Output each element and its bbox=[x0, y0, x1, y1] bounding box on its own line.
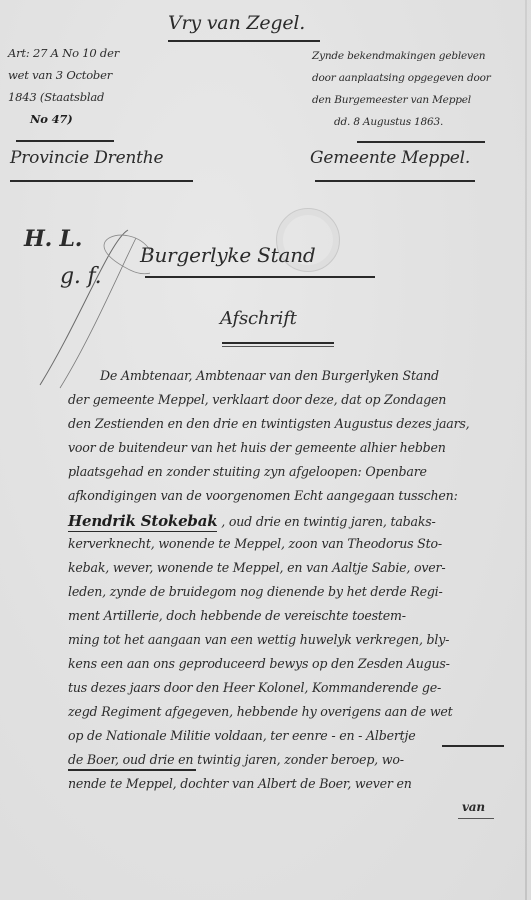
body-line: plaatsgehad en zonder stuiting zyn afgel… bbox=[68, 464, 427, 479]
groom-name: Hendrik Stokebak bbox=[68, 512, 217, 532]
body-line: leden, zynde de bruidegom nog dienende b… bbox=[68, 584, 443, 599]
document-title: Vry van Zegel. bbox=[168, 12, 305, 34]
body-line: zegd Regiment afgegeven, hebbende hy ove… bbox=[68, 704, 453, 719]
province-underline bbox=[10, 180, 193, 182]
bride-name-underline-part1 bbox=[442, 745, 504, 747]
law-reference-line-4: No 47) bbox=[30, 112, 72, 126]
body-line-groom: Hendrik Stokebak , oud drie en twintig j… bbox=[68, 512, 436, 530]
notice-line-3: den Burgemeester van Meppel bbox=[312, 94, 471, 106]
body-line: der gemeente Meppel, verklaart door deze… bbox=[68, 392, 446, 407]
title-underline bbox=[168, 40, 320, 42]
bride-name-underline-part2 bbox=[68, 769, 196, 771]
body-line: tus dezes jaars door den Heer Kolonel, K… bbox=[68, 680, 441, 695]
body-line: ming tot het aangaan van een wettig huwe… bbox=[68, 632, 449, 647]
copy-label-underline-secondary bbox=[222, 346, 334, 347]
section-title: Burgerlyke Stand bbox=[140, 243, 316, 267]
law-reference-line-2: wet van 3 October bbox=[8, 68, 112, 82]
page-edge bbox=[525, 0, 527, 900]
body-line: nende te Meppel, dochter van Albert de B… bbox=[68, 776, 412, 791]
copy-label-underline bbox=[222, 342, 334, 344]
section-title-underline bbox=[145, 276, 375, 278]
notice-line-4: dd. 8 Augustus 1863. bbox=[334, 116, 443, 128]
body-line: afkondigingen van de voorgenomen Echt aa… bbox=[68, 488, 458, 503]
scanned-document-page: Vry van Zegel. Art: 27 A No 10 der wet v… bbox=[0, 0, 531, 900]
margin-note-second-line: g. f. bbox=[60, 264, 101, 289]
margin-note-initials: H. L. bbox=[24, 226, 82, 252]
body-line: voor de buitendeur van het huis der geme… bbox=[68, 440, 446, 455]
body-line: kerverknecht, wonende te Meppel, zoon va… bbox=[68, 536, 442, 551]
body-line: ment Artillerie, doch hebbende de vereis… bbox=[68, 608, 406, 623]
notice-line-1: Zynde bekendmakingen gebleven bbox=[312, 50, 485, 62]
province-heading: Provincie Drenthe bbox=[10, 148, 163, 168]
body-line: de Boer, oud drie en twintig jaren, zond… bbox=[68, 752, 404, 767]
notice-underline bbox=[357, 141, 485, 143]
body-line: kens een aan ons geproduceerd bewys op d… bbox=[68, 656, 450, 671]
municipality-heading: Gemeente Meppel. bbox=[310, 148, 470, 168]
body-line: den Zestienden en den drie en twintigste… bbox=[68, 416, 469, 431]
groom-details: , oud drie en twintig jaren, tabaks- bbox=[221, 514, 435, 529]
catchword: van bbox=[462, 800, 485, 814]
body-line: De Ambtenaar, Ambtenaar van den Burgerly… bbox=[100, 368, 439, 383]
law-reference-line-1: Art: 27 A No 10 der bbox=[8, 46, 119, 60]
catchword-underline bbox=[458, 818, 494, 819]
law-reference-underline bbox=[16, 140, 114, 142]
body-line: op de Nationale Militie voldaan, ter een… bbox=[68, 728, 416, 743]
copy-label: Afschrift bbox=[220, 308, 297, 329]
municipality-underline bbox=[315, 180, 475, 182]
body-line: kebak, wever, wonende te Meppel, en van … bbox=[68, 560, 445, 575]
notice-line-2: door aanplaatsing opgegeven door bbox=[312, 72, 491, 84]
law-reference-line-3: 1843 (Staatsblad bbox=[8, 90, 104, 104]
